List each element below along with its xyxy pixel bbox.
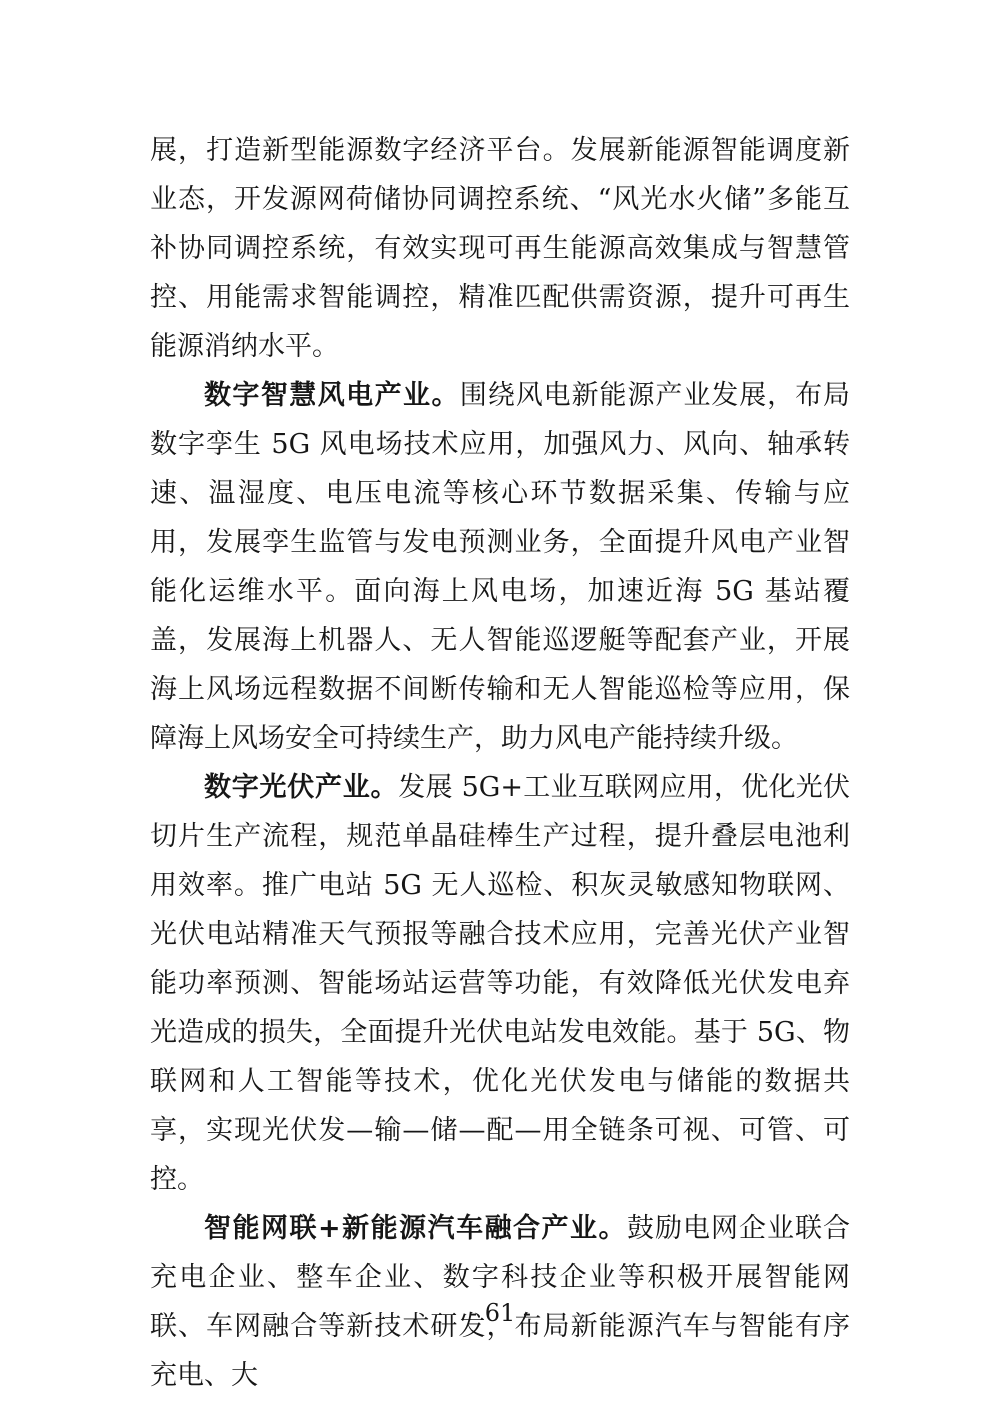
document-body: 展，打造新型能源数字经济平台。发展新能源智能调度新业态，开发源网荷储协同调控系统… (150, 126, 850, 1400)
page-footer: - 61 - (0, 1296, 1000, 1330)
paragraph-bold-lead: 数字智慧风电产业。 (204, 380, 460, 411)
paragraph-bold-lead: 智能网联+新能源汽车融合产业。 (204, 1213, 627, 1244)
paragraph-text: 展，打造新型能源数字经济平台。发展新能源智能调度新业态，开发源网荷储协同调控系统… (150, 135, 850, 362)
document-page: 展，打造新型能源数字经济平台。发展新能源智能调度新业态，开发源网荷储协同调控系统… (0, 0, 1000, 1414)
body-paragraph: 展，打造新型能源数字经济平台。发展新能源智能调度新业态，开发源网荷储协同调控系统… (150, 126, 850, 371)
body-paragraph: 数字光伏产业。发展 5G+工业互联网应用，优化光伏切片生产流程，规范单晶硅棒生产… (150, 763, 850, 1204)
page-number: - 61 - (469, 1299, 531, 1327)
paragraph-text: 围绕风电新能源产业发展，布局数字孪生 5G 风电场技术应用，加强风力、风向、轴承… (150, 380, 850, 754)
paragraph-text: 发展 5G+工业互联网应用，优化光伏切片生产流程，规范单晶硅棒生产过程，提升叠层… (150, 772, 850, 1195)
body-paragraph: 数字智慧风电产业。围绕风电新能源产业发展，布局数字孪生 5G 风电场技术应用，加… (150, 371, 850, 763)
paragraph-bold-lead: 数字光伏产业。 (204, 772, 398, 803)
